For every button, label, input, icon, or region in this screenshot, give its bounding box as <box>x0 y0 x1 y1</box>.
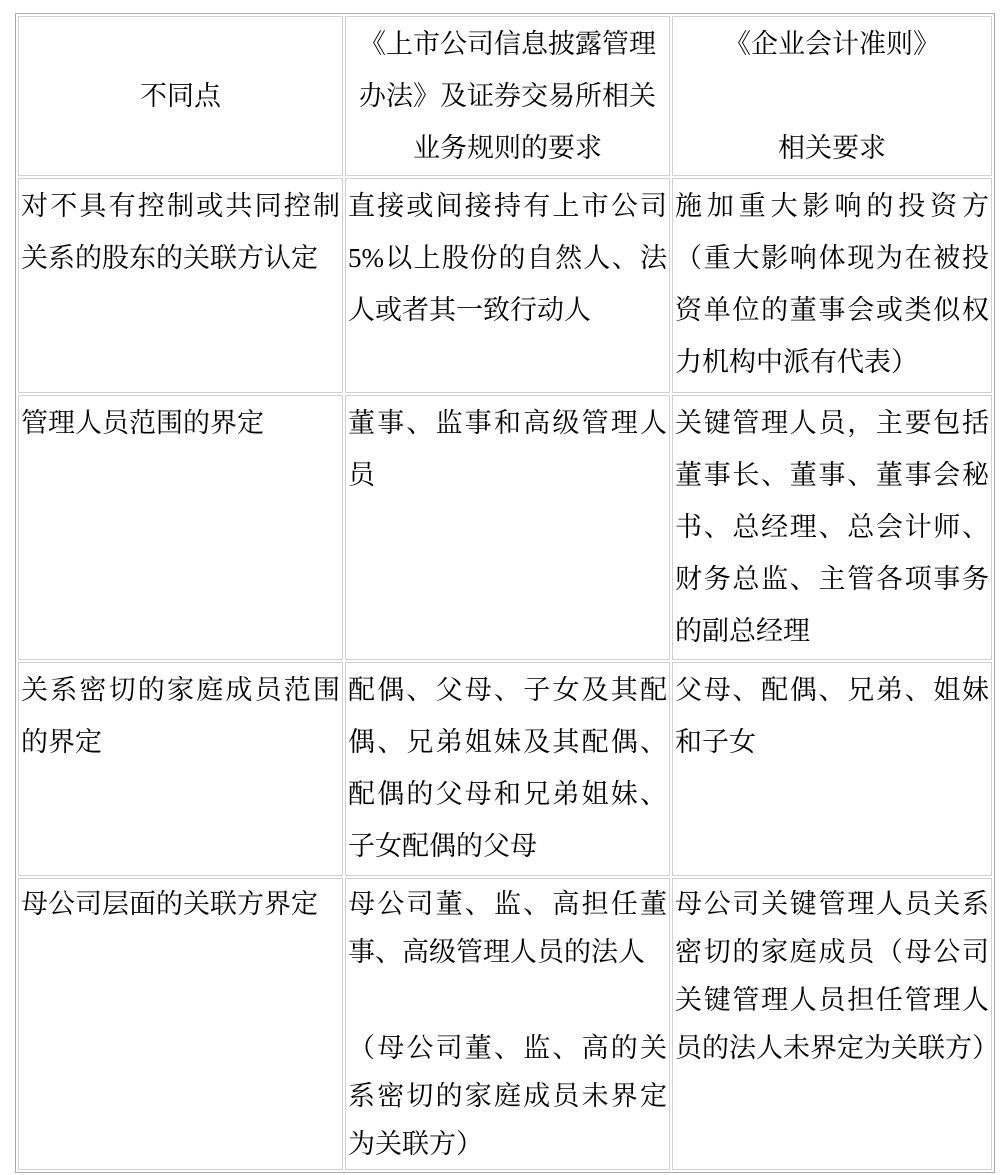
page: 不同点 《上市公司信息披露管理办法》及证券交易所相关业务规则的要求 《企业会计准… <box>0 0 1000 1173</box>
table-cell-disclosure-rules: 配偶、父母、子女及其配偶、兄弟姐妹及其配偶、配偶的父母和兄弟姐妹、子女配偶的父母 <box>345 662 670 876</box>
table-cell-accounting-standards: 父母、配偶、兄弟、姐妹和子女 <box>672 662 992 876</box>
table-cell-difference: 关系密切的家庭成员范围的界定 <box>18 662 343 876</box>
header-cell-accounting-standards: 《企业会计准则》 相关要求 <box>672 16 992 176</box>
table-cell-accounting-standards: 关键管理人员，主要包括董事长、董事、董事会秘书、总经理、总会计师、财务总监、主管… <box>672 395 992 660</box>
table-cell-difference: 母公司层面的关联方界定 <box>18 878 343 1170</box>
table-cell-difference: 对不具有控制或共同控制关系的股东的关联方认定 <box>18 178 343 393</box>
table-header-row: 不同点 《上市公司信息披露管理办法》及证券交易所相关业务规则的要求 《企业会计准… <box>18 16 992 176</box>
header-cell-disclosure-rules: 《上市公司信息披露管理办法》及证券交易所相关业务规则的要求 <box>345 16 670 176</box>
table-cell-accounting-standards: 施加重大影响的投资方（重大影响体现为在被投资单位的董事会或类似权力机构中派有代表… <box>672 178 992 393</box>
comparison-table: 不同点 《上市公司信息披露管理办法》及证券交易所相关业务规则的要求 《企业会计准… <box>15 13 995 1173</box>
header-cell-difference: 不同点 <box>18 16 343 176</box>
table-cell-difference: 管理人员范围的界定 <box>18 395 343 660</box>
table-row: 母公司层面的关联方界定 母公司董、监、高担任董事、高级管理人员的法人 （母公司董… <box>18 878 992 1170</box>
table-cell-disclosure-rules: 母公司董、监、高担任董事、高级管理人员的法人 （母公司董、监、高的关系密切的家庭… <box>345 878 670 1170</box>
table-row: 关系密切的家庭成员范围的界定 配偶、父母、子女及其配偶、兄弟姐妹及其配偶、配偶的… <box>18 662 992 876</box>
table-cell-disclosure-rules: 直接或间接持有上市公司5%以上股份的自然人、法人或者其一致行动人 <box>345 178 670 393</box>
table-row: 对不具有控制或共同控制关系的股东的关联方认定 直接或间接持有上市公司5%以上股份… <box>18 178 992 393</box>
table-row: 管理人员范围的界定 董事、监事和高级管理人员 关键管理人员，主要包括董事长、董事… <box>18 395 992 660</box>
table-cell-disclosure-rules: 董事、监事和高级管理人员 <box>345 395 670 660</box>
table-cell-accounting-standards: 母公司关键管理人员关系密切的家庭成员（母公司关键管理人员担任管理人员的法人未界定… <box>672 878 992 1170</box>
